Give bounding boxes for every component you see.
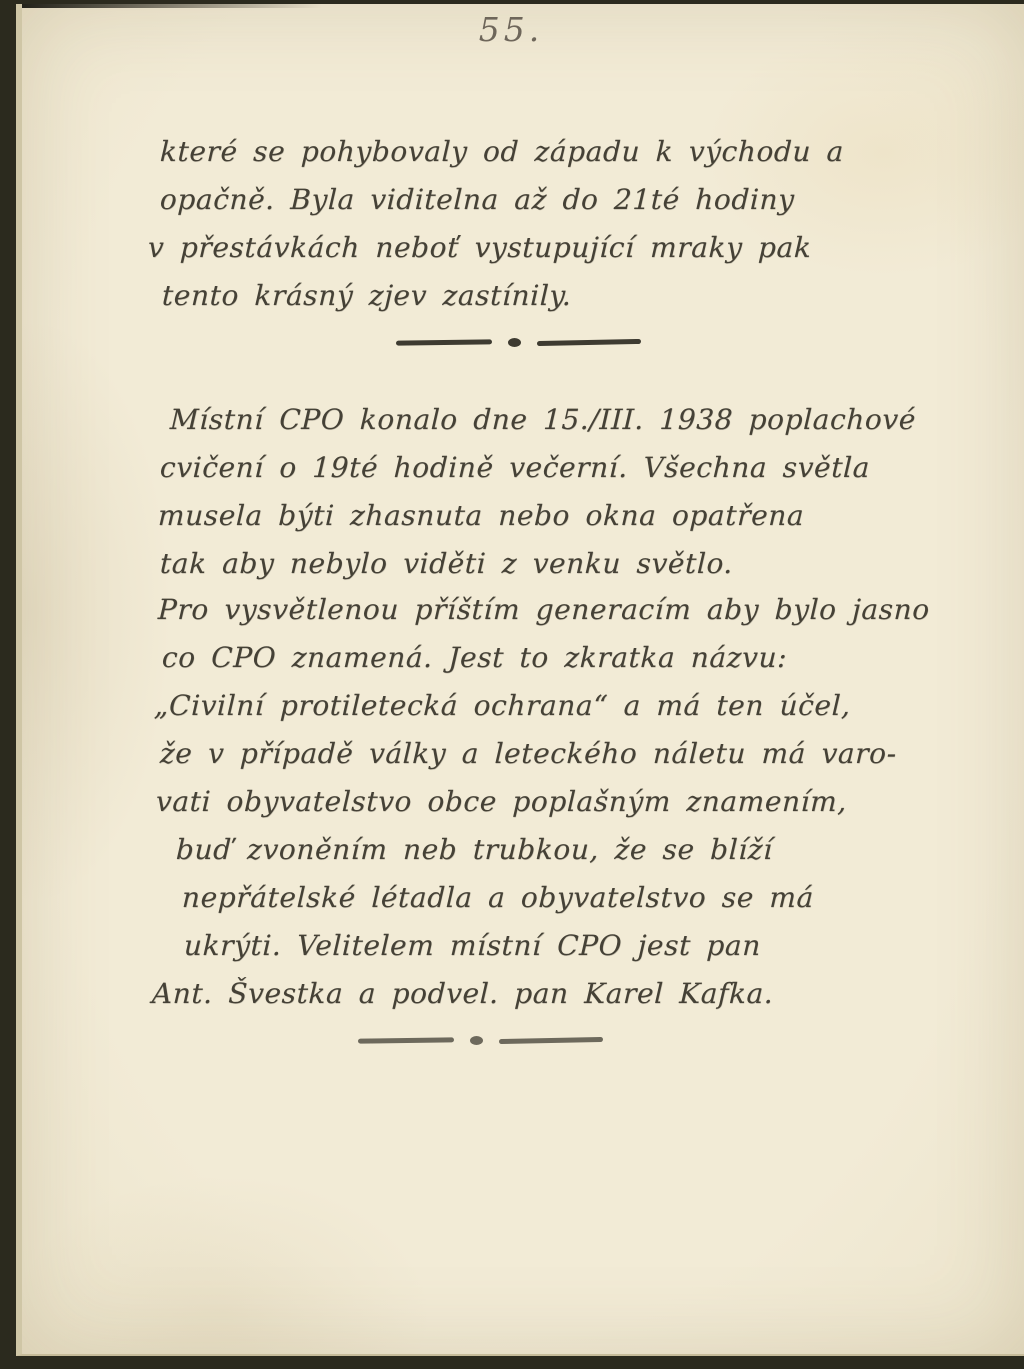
manuscript-line: Místní CPO konalo dne 15./III. 1938 popl… (169, 396, 929, 444)
section-divider-icon (358, 1036, 603, 1045)
paragraph-aurora-observation: které se pohybovaly od západu k východu … (148, 128, 928, 320)
manuscript-line: tento krásný zjev zastínily. (161, 272, 929, 320)
paragraph-cpo-drill: Místní CPO konalo dne 15./III. 1938 popl… (148, 396, 928, 588)
manuscript-line: v přestávkách neboť vystupující mraky pa… (147, 224, 929, 272)
manuscript-line: ukrýti. Velitelem místní CPO jest pan (183, 922, 929, 970)
divider-dot-icon (508, 338, 521, 347)
manuscript-line: co CPO znamená. Jest to zkratka názvu: (161, 634, 929, 682)
scanned-page: 55. které se pohybovaly od západu k vých… (0, 0, 1024, 1369)
divider-dot-icon (470, 1036, 483, 1045)
manuscript-line: opačně. Byla viditelna až do 21té hodiny (159, 176, 929, 224)
manuscript-line: buď zvoněním neb trubkou, že se blíží (175, 826, 929, 874)
manuscript-line: Pro vysvětlenou příštím generacím aby by… (157, 586, 929, 634)
paper-sheet: 55. které se pohybovaly od západu k vých… (16, 4, 1024, 1356)
manuscript-line: které se pohybovaly od západu k východu … (159, 128, 929, 176)
manuscript-line: tak aby nebylo viděti z venku světlo. (159, 540, 929, 588)
divider-dash-icon (358, 1037, 454, 1043)
divider-dash-icon (537, 339, 641, 346)
manuscript-line: vati obyvatelstvo obce poplašným znamení… (155, 778, 929, 826)
paragraph-cpo-explanation: Pro vysvětlenou příštím generacím aby by… (148, 586, 928, 1018)
manuscript-line: Ant. Švestka a podvel. pan Karel Kafka. (151, 970, 929, 1018)
manuscript-line: nepřátelské létadla a obyvatelstvo se má (181, 874, 929, 922)
section-divider-icon (396, 338, 641, 347)
manuscript-line: musela býti zhasnuta nebo okna opatřena (157, 492, 929, 540)
manuscript-line: že v případě války a leteckého náletu má… (159, 730, 929, 778)
manuscript-line: „Civilní protiletecká ochrana“ a má ten … (153, 682, 929, 730)
manuscript-line: cvičení o 19té hodině večerní. Všechna s… (159, 444, 929, 492)
divider-dash-icon (396, 339, 492, 345)
manuscript-text-layer: které se pohybovaly od západu k východu … (148, 4, 928, 1354)
divider-dash-icon (499, 1037, 603, 1044)
